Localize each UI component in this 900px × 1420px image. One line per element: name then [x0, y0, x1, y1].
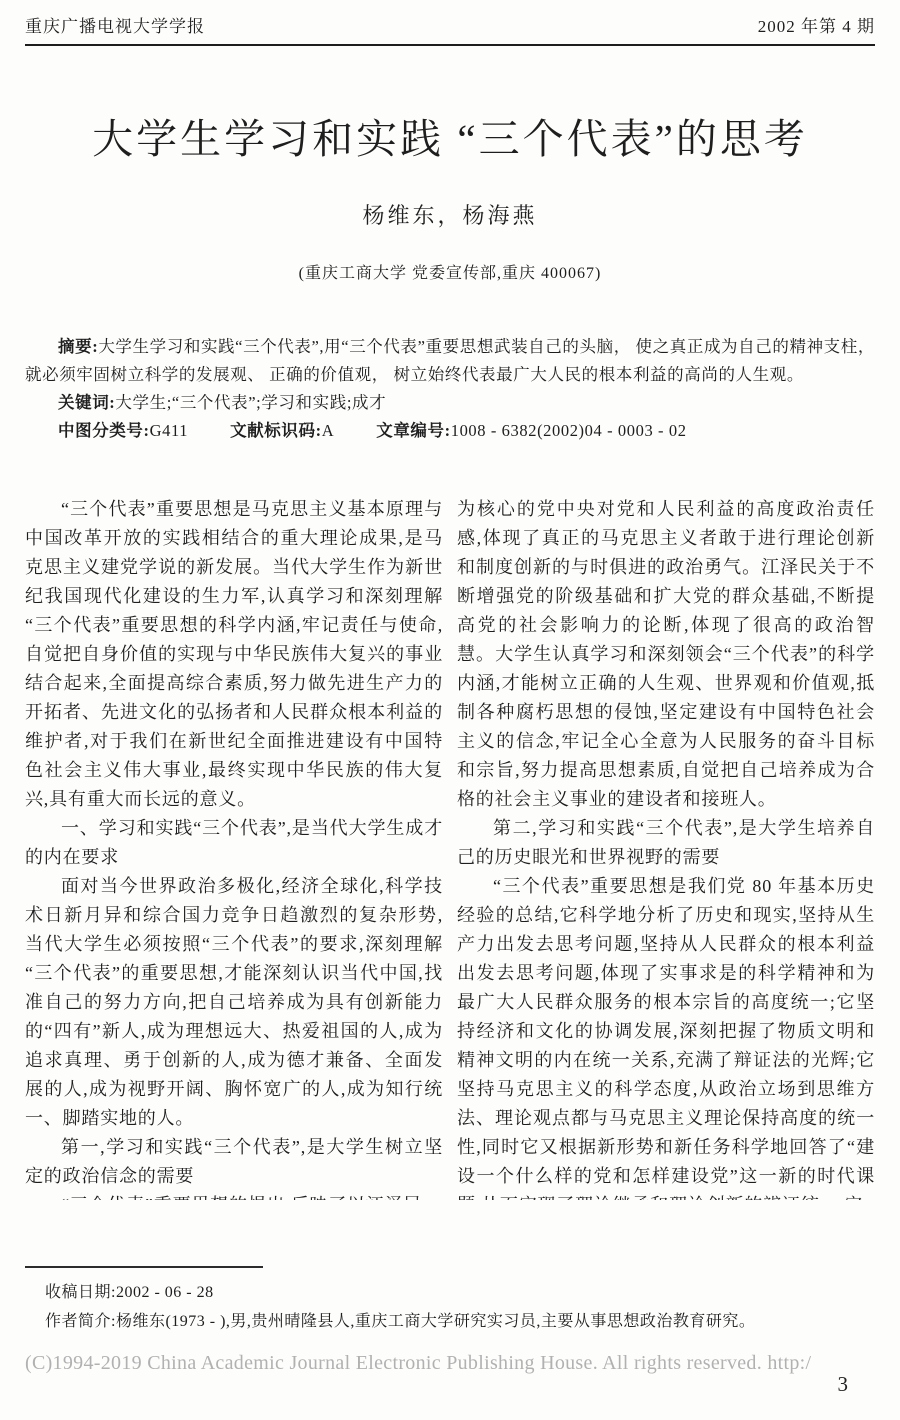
abstract-label: 摘要:: [58, 337, 98, 356]
journal-page: 重庆广播电视大学学报 2002 年第 4 期 大学生学习和实践 “三个代表”的思…: [0, 0, 900, 1420]
article-title: 大学生学习和实践 “三个代表”的思考: [25, 106, 875, 165]
article-meta: 摘要:大学生学习和实践“三个代表”,用“三个代表”重要思想武装自己的头脑， 使之…: [25, 333, 875, 445]
footnote-divider: [25, 1266, 263, 1268]
cnki-copyright-watermark: (C)1994-2019 China Academic Journal Elec…: [25, 1352, 900, 1375]
paragraph: “三个代表”重要思想是我们党 80 年基本历史经验的总结,它科学地分析了历史和现…: [457, 872, 875, 1200]
keywords-label: 关键词:: [58, 393, 115, 412]
paragraph: 面对当今世界政治多极化,经济全球化,科学技术日新月异和综合国力竞争日趋激烈的复杂…: [25, 872, 443, 1133]
body-right-column: 为核心的党中央对党和人民利益的高度政治责任感,体现了真正的马克思主义者敢于进行理…: [457, 495, 875, 1200]
classification-line: 中图分类号:G411文献标识码:A文章编号:1008 - 6382(2002)0…: [25, 417, 875, 445]
journal-name: 重庆广播电视大学学报: [25, 12, 205, 37]
received-date: 收稿日期:2002 - 06 - 28: [25, 1280, 875, 1306]
page-number: 3: [838, 1372, 849, 1397]
body-columns: “三个代表”重要思想是马克思主义基本原理与中国改革开放的实践相结合的重大理论成果…: [25, 495, 875, 1200]
running-head: 重庆广播电视大学学报 2002 年第 4 期: [25, 0, 875, 46]
issue-label: 2002 年第 4 期: [758, 12, 875, 37]
clc-number: 中图分类号:G411: [58, 421, 188, 440]
author-bio: 作者简介:杨维东(1973 - ),男,贵州晴隆县人,重庆工商大学研究实习员,主…: [25, 1309, 875, 1335]
keywords-text: 大学生;“三个代表”;学习和实践;成才: [115, 393, 386, 412]
footnote-block: 收稿日期:2002 - 06 - 28 作者简介:杨维东(1973 - ),男,…: [25, 1266, 875, 1338]
abstract: 摘要:大学生学习和实践“三个代表”,用“三个代表”重要思想武装自己的头脑， 使之…: [25, 333, 875, 389]
article-id: 文章编号:1008 - 6382(2002)04 - 0003 - 02: [376, 421, 686, 440]
paragraph-continuation: 为核心的党中央对党和人民利益的高度政治责任感,体现了真正的马克思主义者敢于进行理…: [457, 495, 875, 814]
subsection-heading-second: 第二,学习和实践“三个代表”,是大学生培养自己的历史眼光和世界视野的需要: [457, 814, 875, 872]
paragraph: “三个代表”重要思想的提出,反映了以江泽民: [25, 1191, 443, 1200]
article-authors: 杨维东，杨海燕: [25, 199, 875, 230]
paragraph: “三个代表”重要思想是马克思主义基本原理与中国改革开放的实践相结合的重大理论成果…: [25, 495, 443, 814]
abstract-text: 大学生学习和实践“三个代表”,用“三个代表”重要思想武装自己的头脑， 使之真正成…: [25, 337, 875, 384]
section-heading-1: 一、学习和实践“三个代表”,是当代大学生成才的内在要求: [25, 814, 443, 872]
author-affiliation: (重庆工商大学 党委宣传部,重庆 400067): [25, 260, 875, 283]
body-left-column: “三个代表”重要思想是马克思主义基本原理与中国改革开放的实践相结合的重大理论成果…: [25, 495, 443, 1200]
subsection-heading-first: 第一,学习和实践“三个代表”,是大学生树立坚定的政治信念的需要: [25, 1133, 443, 1191]
document-code: 文献标识码:A: [230, 421, 334, 440]
keywords: 关键词:大学生;“三个代表”;学习和实践;成才: [25, 389, 875, 417]
